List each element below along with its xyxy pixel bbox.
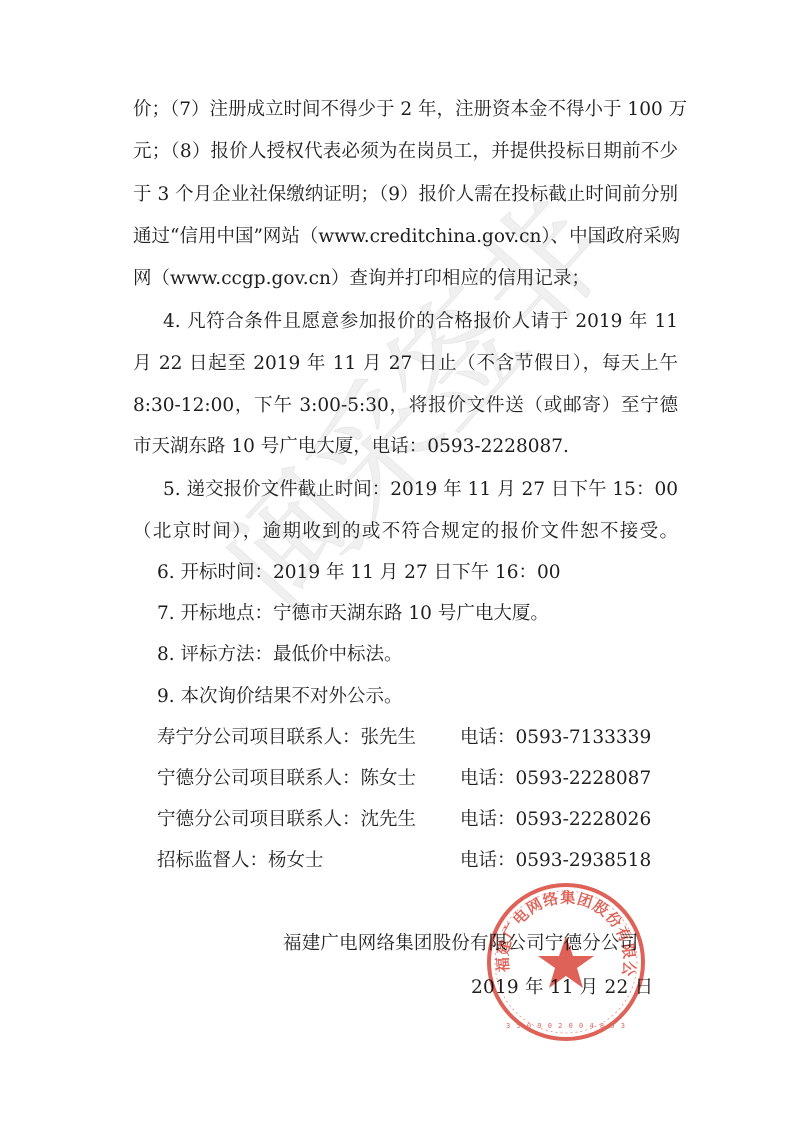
item-6-bid-opening-time: 6. 开标时间：2019 年 11 月 27 日下午 16：00 [157,561,702,585]
paragraph-line: 于 3 个月企业社保缴纳证明；（9）报价人需在投标截止时间前分别 [133,183,678,207]
contact-person: 寿宁分公司项目联系人：张先生 [157,726,416,750]
item-9-result-notice: 9. 本次询价结果不对外公示。 [157,685,702,709]
contact-person: 宁德分公司项目联系人：沈先生 [157,808,416,832]
item-5-line: 5. 递交报价文件截止时间：2019 年 11 月 27 日下午 15：00 [163,478,678,502]
official-seal-icon: 福建广电网络集团股份有限公司宁德分公司 3 5 0 9 0 2 0 0 4 8 … [484,880,648,1044]
item-7-bid-opening-location: 7. 开标地点：宁德市天湖东路 10 号广电大厦。 [157,602,702,626]
document-page: 闽采签非 价；（7）注册成立时间不得少于 2 年，注册资本金不得小于 100 万… [0,0,793,1121]
contact-person: 招标监督人：杨女士 [157,849,324,873]
paragraph-line: 网（www.ccgp.gov.cn）查询并打印相应的信用记录； [133,267,678,291]
item-4-line: 月 22 日起至 2019 年 11 月 27 日止（不含节假日），每天上午 [133,352,678,376]
contact-person: 宁德分公司项目联系人：陈女士 [157,767,416,791]
item-5-line: （北京时间），逾期收到的或不符合规定的报价文件恕不接受。 [133,520,678,544]
svg-text:3 5 0 9 0 2 0 0 4 8 5 3: 3 5 0 9 0 2 0 0 4 8 5 3 [506,1022,626,1030]
contact-phone: 电话：0593-2228026 [460,808,651,832]
contact-phone: 电话：0593-7133339 [460,726,651,750]
item-4-line: 市天湖东路 10 号广电大厦，电话：0593-2228087. [133,435,678,459]
contact-phone: 电话：0593-2938518 [460,849,651,873]
item-8-evaluation-method: 8. 评标方法：最低价中标法。 [157,643,702,667]
paragraph-line: 元；（8）报价人授权代表必须为在岗员工，并提供投标日期前不少 [133,140,678,164]
paragraph-line: 价；（7）注册成立时间不得少于 2 年，注册资本金不得小于 100 万 [133,98,678,122]
item-4-line: 8:30-12:00，下午 3:00-5:30，将报价文件送（或邮寄）至宁德 [133,394,678,418]
contact-phone: 电话：0593-2228087 [460,767,651,791]
paragraph-line: 通过“信用中国”网站（www.creditchina.gov.cn）、中国政府采… [133,225,678,249]
item-4-line: 4. 凡符合条件且愿意参加报价的合格报价人请于 2019 年 11 [163,310,678,334]
